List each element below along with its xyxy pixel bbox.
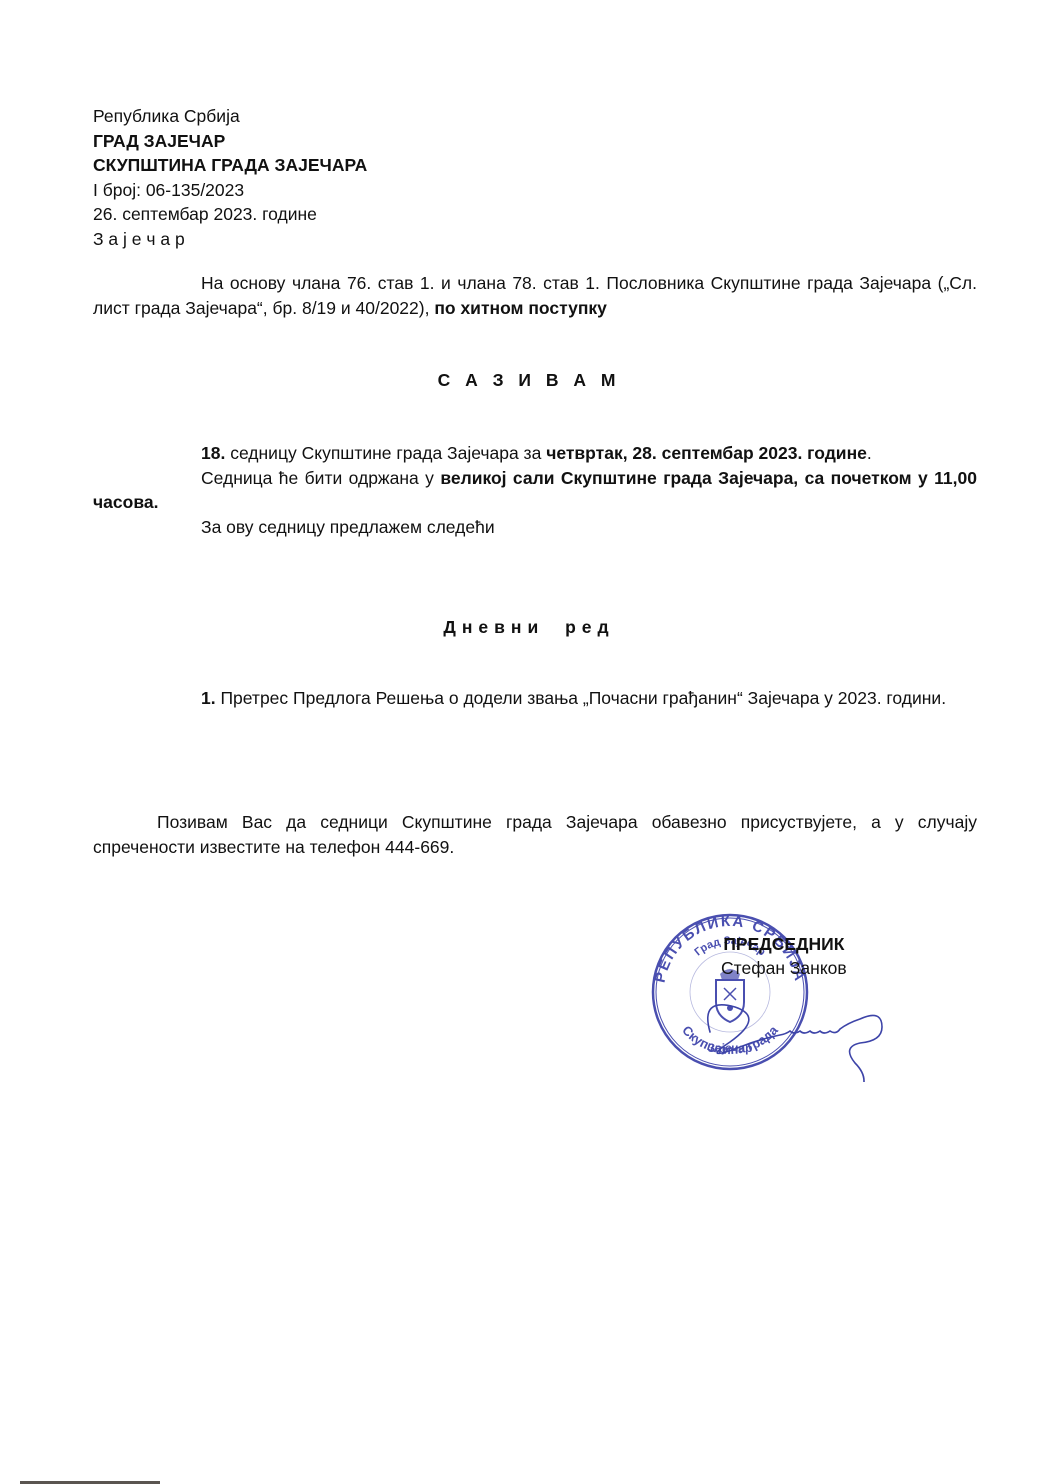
signatory-title: ПРЕДСЕДНИК: [721, 932, 847, 956]
document-page: Република Србија ГРАД ЗАЈЕЧАР СКУПШТИНА …: [0, 0, 1058, 1484]
agenda-heading: Дневни ред: [0, 617, 1058, 638]
session-paragraph: 18. седницу Скупштине града Зајечара за …: [93, 441, 977, 539]
venue-intro: Седница ће бити одржана у: [201, 468, 440, 488]
document-place: З а ј е ч а р: [93, 227, 367, 252]
preamble-urgent: по хитном поступку: [434, 298, 607, 318]
convene-heading: С А З И В А М: [0, 370, 1058, 391]
session-text: седницу Скупштине града Зајечара за: [225, 443, 546, 463]
session-date: четвртак, 28. септембар 2023. године: [546, 443, 867, 463]
city-line: ГРАД ЗАЈЕЧАР: [93, 129, 367, 154]
session-number: 18.: [201, 443, 225, 463]
agenda-item-number: 1.: [201, 688, 216, 708]
closing-paragraph: Позивам Вас да седници Скупштине града З…: [93, 810, 977, 859]
handwritten-signature-icon: [690, 972, 920, 1082]
agenda-item: 1. Претрес Предлога Решења о додели звањ…: [93, 686, 977, 711]
document-date: 26. септембар 2023. године: [93, 202, 367, 227]
reference-number: I број: 06-135/2023: [93, 178, 367, 203]
assembly-line: СКУПШТИНА ГРАДА ЗАЈЕЧАРА: [93, 153, 367, 178]
session-period: .: [867, 443, 872, 463]
agenda-intro: За ову седницу предлажем следећи: [93, 515, 977, 540]
preamble-paragraph: На основу члана 76. став 1. и члана 78. …: [93, 271, 977, 320]
agenda-item-text: Претрес Предлога Решења о додели звања „…: [216, 688, 946, 708]
country-line: Република Србија: [93, 104, 367, 129]
document-header: Република Србија ГРАД ЗАЈЕЧАР СКУПШТИНА …: [93, 104, 367, 251]
